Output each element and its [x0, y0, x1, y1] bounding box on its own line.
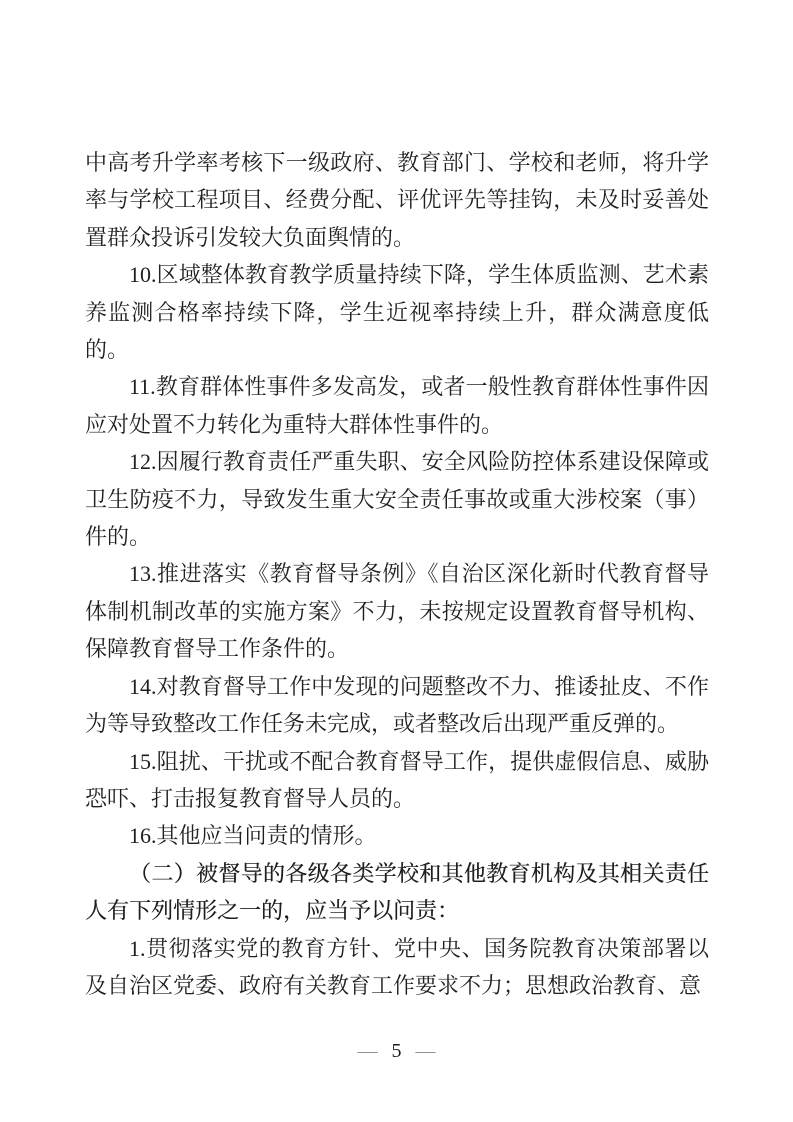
list-item-1: 1.贯彻落实党的教育方针、党中央、国务院教育决策部署以及自治区党委、政府有关教育… — [85, 930, 709, 1005]
list-item-16: 16.其他应当问责的情形。 — [85, 817, 709, 854]
page-footer: —5— — [0, 1038, 793, 1064]
paragraph-continuation: 中高考升学率考核下一级政府、教育部门、学校和老师，将升学率与学校工程项目、经费分… — [85, 144, 709, 256]
list-item-11: 11.教育群体性事件多发高发，或者一般性教育群体性事件因应对处置不力转化为重特大… — [85, 368, 709, 443]
list-item-14: 14.对教育督导工作中发现的问题整改不力、推诿扯皮、不作为等导致整改工作任务未完… — [85, 668, 709, 743]
list-item-12: 12.因履行教育责任严重失职、安全风险防控体系建设保障或卫生防疫不力，导致发生重… — [85, 443, 709, 555]
list-item-13: 13.推进落实《教育督导条例》《自治区深化新时代教育督导体制机制改革的实施方案》… — [85, 555, 709, 667]
list-item-15: 15.阻扰、干扰或不配合教育督导工作，提供虚假信息、威胁恐吓、打击报复教育督导人… — [85, 743, 709, 818]
section-heading-2: （二）被督导的各级各类学校和其他教育机构及其相关责任人有下列情形之一的，应当予以… — [85, 855, 709, 930]
document-body: 中高考升学率考核下一级政府、教育部门、学校和老师，将升学率与学校工程项目、经费分… — [85, 144, 709, 1004]
footer-dash-right: — — [416, 1040, 436, 1062]
list-item-10: 10.区域整体教育教学质量持续下降，学生体质监测、艺术素养监测合格率持续下降，学… — [85, 256, 709, 368]
footer-dash-left: — — [358, 1040, 378, 1062]
page-number: 5 — [392, 1038, 402, 1064]
document-page: 中高考升学率考核下一级政府、教育部门、学校和老师，将升学率与学校工程项目、经费分… — [0, 0, 793, 1122]
